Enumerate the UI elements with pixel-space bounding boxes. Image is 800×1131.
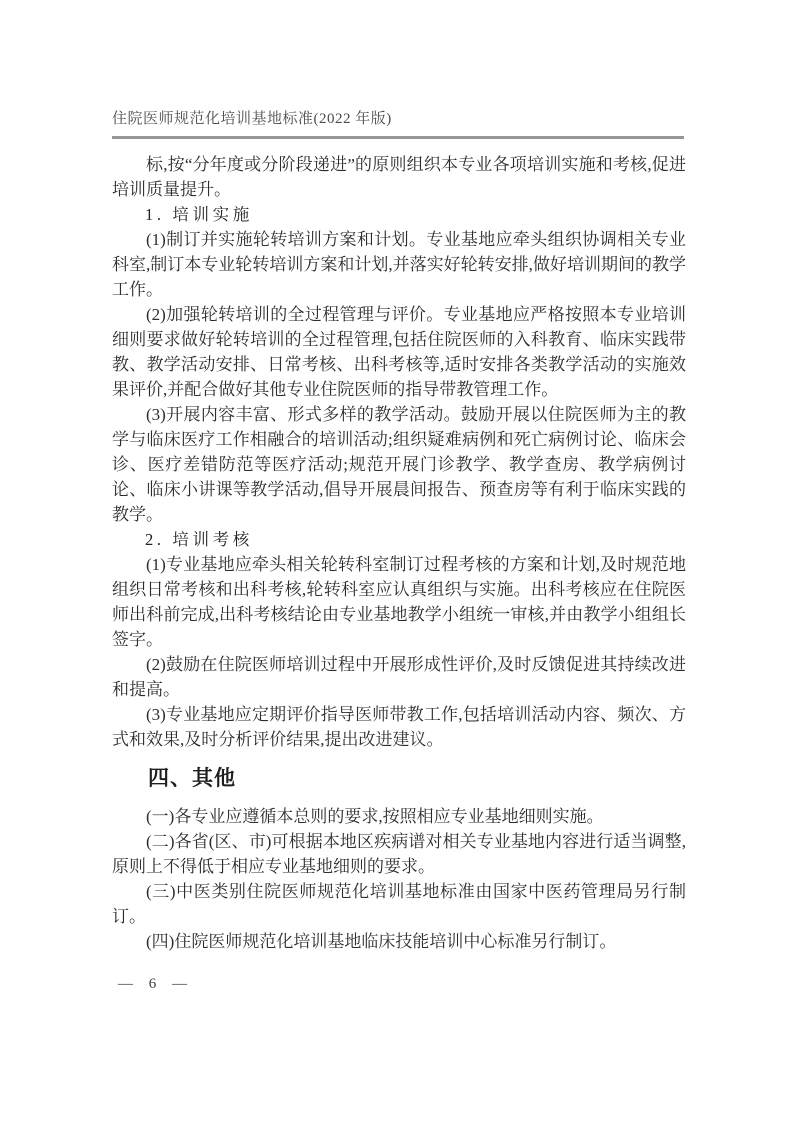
page-footer: — 6 — [118,976,188,993]
paragraph-implementation-2: (2)加强轮转培训的全过程管理与评价。专业基地应严格按照本专业培训细则要求做好轮… [112,302,686,402]
document-body: 标,按“分年度或分阶段递进”的原则组织本专业各项培训实施和考核,促进培训质量提升… [112,152,686,954]
paragraph-other-1: (一)各专业应遵循本总则的要求,按照相应专业基地细则实施。 [112,804,686,829]
section-heading-other: 四、其他 [112,765,686,793]
page-number: — 6 — [118,976,188,992]
paragraph-implementation-3: (3)开展内容丰富、形式多样的教学活动。鼓励开展以住院医师为主的教学与临床医疗工… [112,402,686,527]
paragraph-other-2: (二)各省(区、市)可根据本地区疾病谱对相关专业基地内容进行适当调整,原则上不得… [112,829,686,879]
page-header: 住院医师规范化培训基地标准(2022 年版) [112,110,684,139]
document-page: 住院医师规范化培训基地标准(2022 年版) 标,按“分年度或分阶段递进”的原则… [0,0,800,1131]
running-title: 住院医师规范化培训基地标准(2022 年版) [112,110,684,128]
paragraph-intro-continuation: 标,按“分年度或分阶段递进”的原则组织本专业各项培训实施和考核,促进培训质量提升… [112,152,686,202]
header-rule [112,136,684,139]
paragraph-assessment-1: (1)专业基地应牵头相关轮转科室制订过程考核的方案和计划,及时规范地组织日常考核… [112,552,686,652]
paragraph-other-4: (四)住院医师规范化培训基地临床技能培训中心标准另行制订。 [112,929,686,954]
paragraph-implementation-1: (1)制订并实施轮转培训方案和计划。专业基地应牵头组织协调相关专业科室,制订本专… [112,227,686,302]
paragraph-other-3: (三)中医类别住院医师规范化培训基地标准由国家中医药管理局另行制订。 [112,879,686,929]
subheading-training-implementation: 1. 培训实施 [112,202,686,227]
paragraph-assessment-2: (2)鼓励在住院医师培训过程中开展形成性评价,及时反馈促进其持续改进和提高。 [112,652,686,702]
subheading-training-assessment: 2. 培训考核 [112,527,686,552]
paragraph-assessment-3: (3)专业基地应定期评价指导医师带教工作,包括培训活动内容、频次、方式和效果,及… [112,702,686,752]
